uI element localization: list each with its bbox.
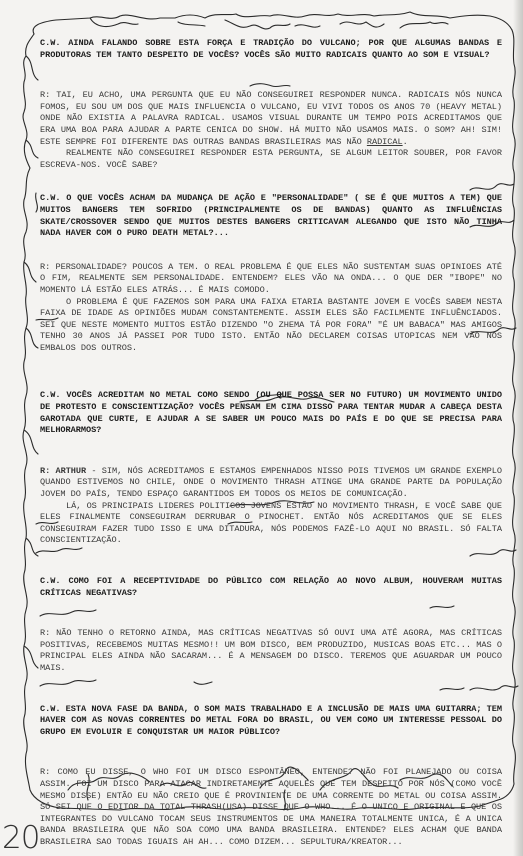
question-2: C.W. O QUE VOCÊS ACHAM DA MUDANÇA DE AÇÃ… [40,193,502,239]
question-3: C.W. VOCÊS ACREDITAM NO METAL COMO SENDO… [40,390,502,436]
question-5: C.W. ESTA NOVA FASE DA BANDA, O SOM MAIS… [40,704,502,739]
answer-3-part-1: - SIM, NÓS ACREDITAMOS E ESTAMOS EMPENHA… [40,466,502,499]
answer-3-speaker: R: ARTHUR [40,466,86,476]
answer-4: R: NÃO TENHO O RETORNO AINDA, MAS CRÍTIC… [40,628,502,674]
question-4: C.W. COMO FOI A RECEPTIVIDADE DO PÚBLICO… [40,576,502,599]
interview-section-2: C.W. O QUE VOCÊS ACHAM DA MUDANÇA DE AÇÃ… [40,193,502,354]
question-1: C.W. AINDA FALANDO SOBRE ESTA FORÇA E TR… [40,38,502,61]
interview-section-3: C.W. VOCÊS ACREDITAM NO METAL COMO SENDO… [40,390,502,547]
answer-5: R: COMO EU DISSE, O WHO FOI UM DISCO ESP… [40,767,502,848]
interview-section-5: C.W. ESTA NOVA FASE DA BANDA, O SOM MAIS… [40,704,502,849]
answer-1-underlined: RADICAL [367,137,403,147]
answer-2: R: PERSONALIDADE? POUCOS A TEM. O REAL P… [40,262,502,355]
answer-2-part-2: O PROBLEMA É QUE FAZEMOS SOM PARA UMA FA… [40,297,502,355]
page-number: 20 [2,820,39,856]
interview-section-4: C.W. COMO FOI A RECEPTIVIDADE DO PÚBLICO… [40,576,502,675]
answer-3-part-2: LÁ, OS PRINCIPAIS LIDERES POLITICOS JOVE… [40,501,502,547]
answer-2-part-1: R: PERSONALIDADE? POUCOS A TEM. O REAL P… [40,262,502,297]
answer-1: R: TAI, EU ACHO, UMA PERGUNTA QUE EU NÃO… [40,90,502,171]
interview-content: C.W. AINDA FALANDO SOBRE ESTA FORÇA E TR… [40,38,502,849]
answer-1-part-2: REALMENTE NÃO CONSEGUIREI RESPONDER ESTA… [40,148,502,171]
interview-section-1: C.W. AINDA FALANDO SOBRE ESTA FORÇA E TR… [40,38,502,171]
answer-1-part-1: R: TAI, EU ACHO, UMA PERGUNTA QUE EU NÃO… [40,90,502,146]
answer-3: R: ARTHUR - SIM, NÓS ACREDITAMOS E ESTAM… [40,466,502,547]
answer-1-underlined-tail: . [403,137,408,147]
